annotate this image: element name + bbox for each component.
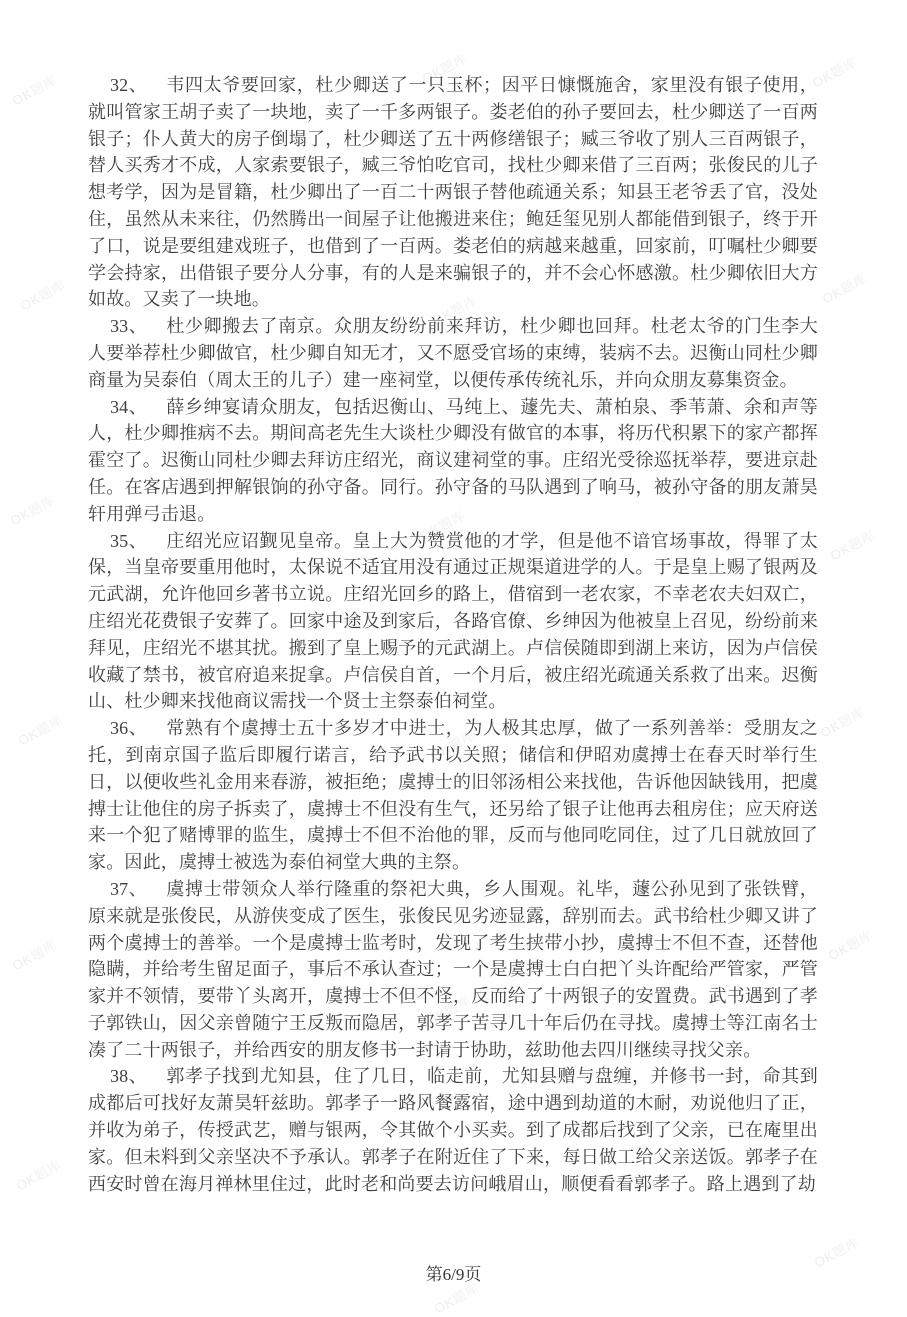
paragraph-38: 38、郭孝子找到尤知县，住了几日，临走前，尤知县赠与盘缠，并修书一封，命其到成都… xyxy=(88,1063,818,1197)
paragraph-number: 38、 xyxy=(110,1066,147,1086)
document-page: OK题库 OK题库 OK题库 OK题库 OK题库 OK题库 OK题库 OK题库 … xyxy=(0,0,907,1317)
paragraph-number: 35、 xyxy=(110,531,147,551)
paragraph-text: 薛乡绅宴请众朋友，包括迟衡山、马纯上、蘧先夫、萧柏泉、季苇萧、余和声等人，杜少卿… xyxy=(88,397,818,524)
watermark-text: OK题库 xyxy=(818,268,870,308)
watermark-text: OK题库 xyxy=(6,490,58,530)
watermark-text: OK题库 xyxy=(826,525,878,565)
watermark-text: OK题库 xyxy=(824,925,876,965)
paragraph-37: 37、虞搏士带领众人举行隆重的祭祀大典，乡人围观。礼毕，蘧公孙见到了张铁臂，原来… xyxy=(88,876,818,1064)
paragraph-text: 虞搏士带领众人举行隆重的祭祀大典，乡人围观。礼毕，蘧公孙见到了张铁臂，原来就是张… xyxy=(88,879,818,1060)
paragraph-number: 36、 xyxy=(110,718,147,738)
document-content: 32、韦四太爷要回家，杜少卿送了一只玉杯；因平日慷慨施舍，家里没有银子使用，就叫… xyxy=(88,72,818,1197)
paragraph-number: 32、 xyxy=(110,75,147,95)
watermark-text: OK题库 xyxy=(16,275,68,315)
paragraph-number: 34、 xyxy=(110,397,147,417)
paragraph-33: 33、杜少卿搬去了南京。众朋友纷纷前来拜访，杜少卿也回拜。杜老太爷的门生李大人要… xyxy=(88,313,818,393)
paragraph-36: 36、常熟有个虞搏士五十多岁才中进士，为人极其忠厚，做了一系列善举：受朋友之托，… xyxy=(88,715,818,876)
paragraph-32: 32、韦四太爷要回家，杜少卿送了一只玉杯；因平日慷慨施舍，家里没有银子使用，就叫… xyxy=(88,72,818,313)
paragraph-number: 33、 xyxy=(110,316,147,336)
watermark-text: OK题库 xyxy=(12,1155,64,1195)
paragraph-number: 37、 xyxy=(110,879,147,899)
watermark-text: OK题库 xyxy=(14,710,66,750)
paragraph-35: 35、庄绍光应诏觐见皇帝。皇上大为赞赏他的才学，但是他不谙官场事故，得罪了太保，… xyxy=(88,528,818,716)
paragraph-text: 庄绍光应诏觐见皇帝。皇上大为赞赏他的才学，但是他不谙官场事故，得罪了太保，当皇帝… xyxy=(88,531,818,712)
paragraph-text: 郭孝子找到尤知县，住了几日，临走前，尤知县赠与盘缠，并修书一封，命其到成都后可找… xyxy=(88,1066,818,1193)
watermark-text: OK题库 xyxy=(8,935,60,975)
page-number: 第6/9页 xyxy=(0,1260,907,1285)
paragraph-34: 34、薛乡绅宴请众朋友，包括迟衡山、马纯上、蘧先夫、萧柏泉、季苇萧、余和声等人，… xyxy=(88,394,818,528)
watermark-text: OK题库 xyxy=(816,702,868,742)
paragraph-text: 杜少卿搬去了南京。众朋友纷纷前来拜访，杜少卿也回拜。杜老太爷的门生李大人要举荐杜… xyxy=(88,316,818,390)
watermark-text: OK题库 xyxy=(8,70,60,110)
paragraph-text: 常熟有个虞搏士五十多岁才中进士，为人极其忠厚，做了一系列善举：受朋友之托，到南京… xyxy=(88,718,818,872)
paragraph-text: 韦四太爷要回家，杜少卿送了一只玉杯；因平日慷慨施舍，家里没有银子使用，就叫管家王… xyxy=(88,75,818,309)
